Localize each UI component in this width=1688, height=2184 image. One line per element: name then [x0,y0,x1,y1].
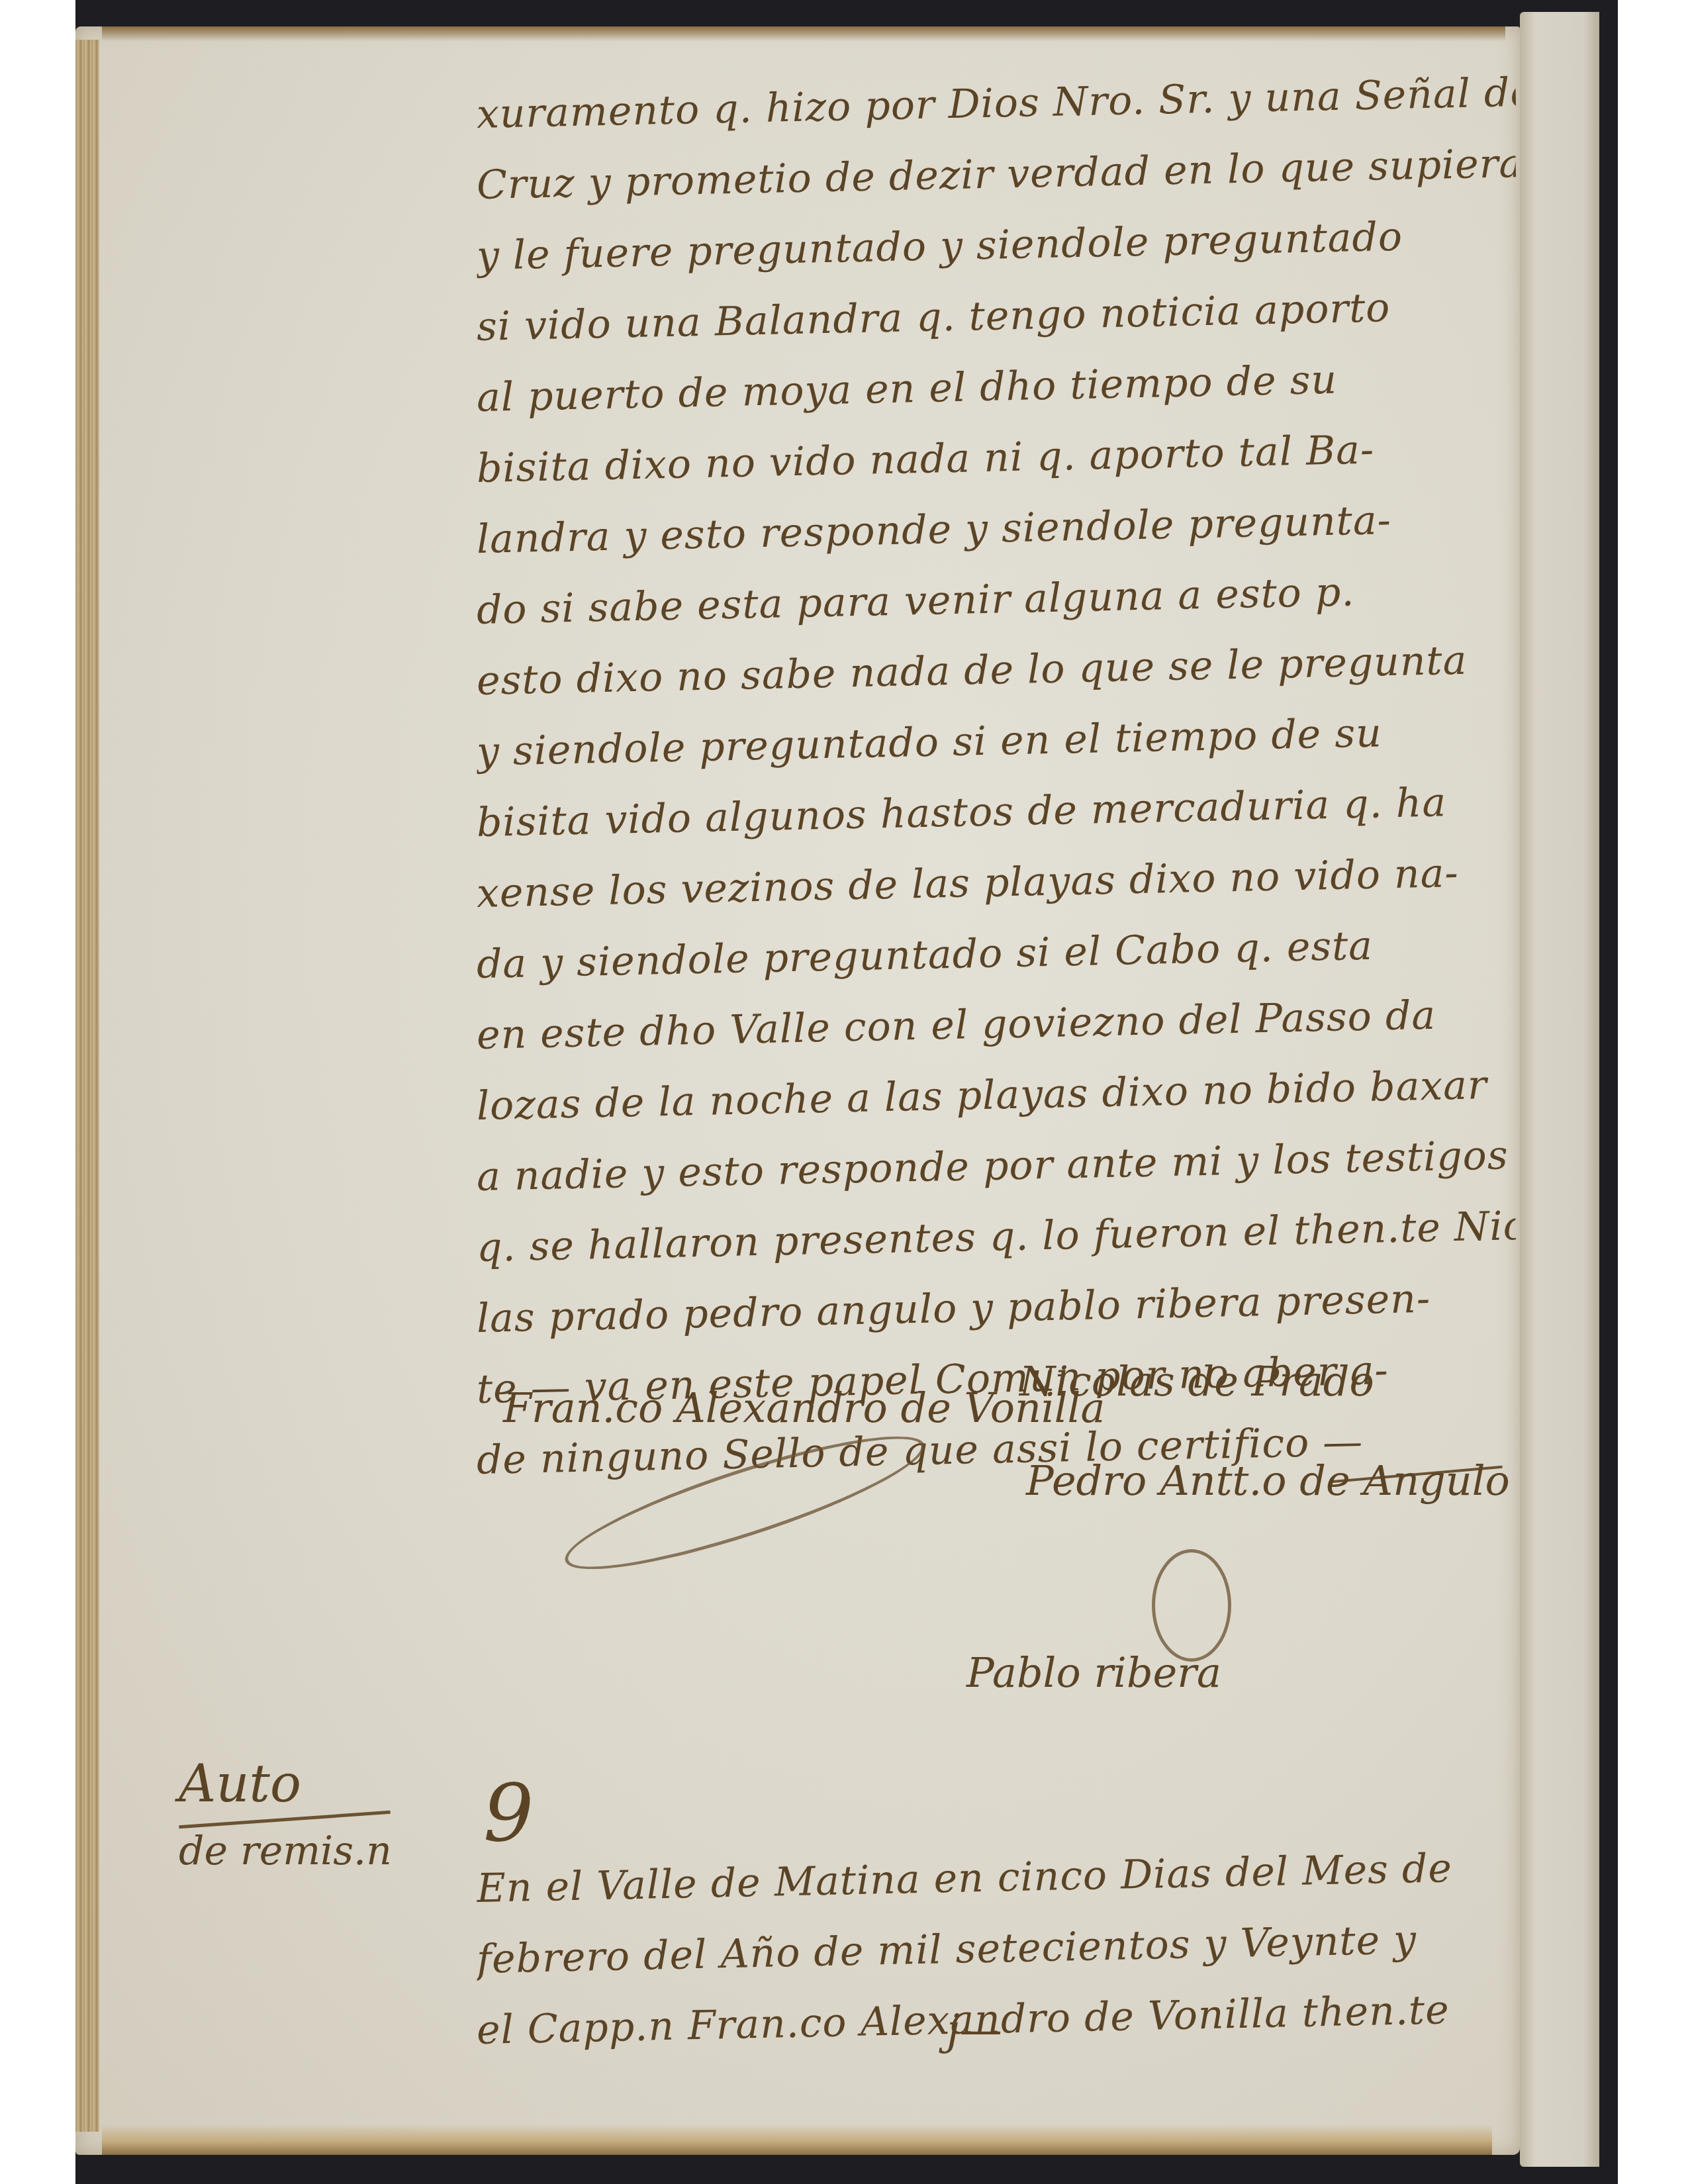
margin-note: Auto de remis.n [179,1754,444,1874]
top-edge-stain [102,26,1505,41]
rubric-flourish [1152,1549,1231,1662]
signature-block: Fran.co Alexandro de Vonilla Nicolas de … [477,1357,1503,1728]
page-end-rubric: j— [947,2006,1002,2055]
facing-page-edge [1520,12,1599,2167]
margin-heading: Auto [179,1754,444,1814]
signature-prado: Nicolas de Prado [1019,1357,1374,1405]
bleed-through-text [68,67,515,1018]
bottom-edge-wear [102,2124,1492,2155]
margin-subline: de remis.n [179,1828,444,1874]
deposition-body: xuramento q. hizo por Dios Nro. Sr. y un… [477,79,1516,1496]
signature-bonilla: Fran.co Alexandro de Vonilla [503,1384,1105,1432]
signature-flourish [555,1413,934,1592]
signature-ribera: Pablo ribera [966,1648,1221,1697]
signature-angulo: Pedro Antt.o de Angulo [1026,1456,1510,1505]
